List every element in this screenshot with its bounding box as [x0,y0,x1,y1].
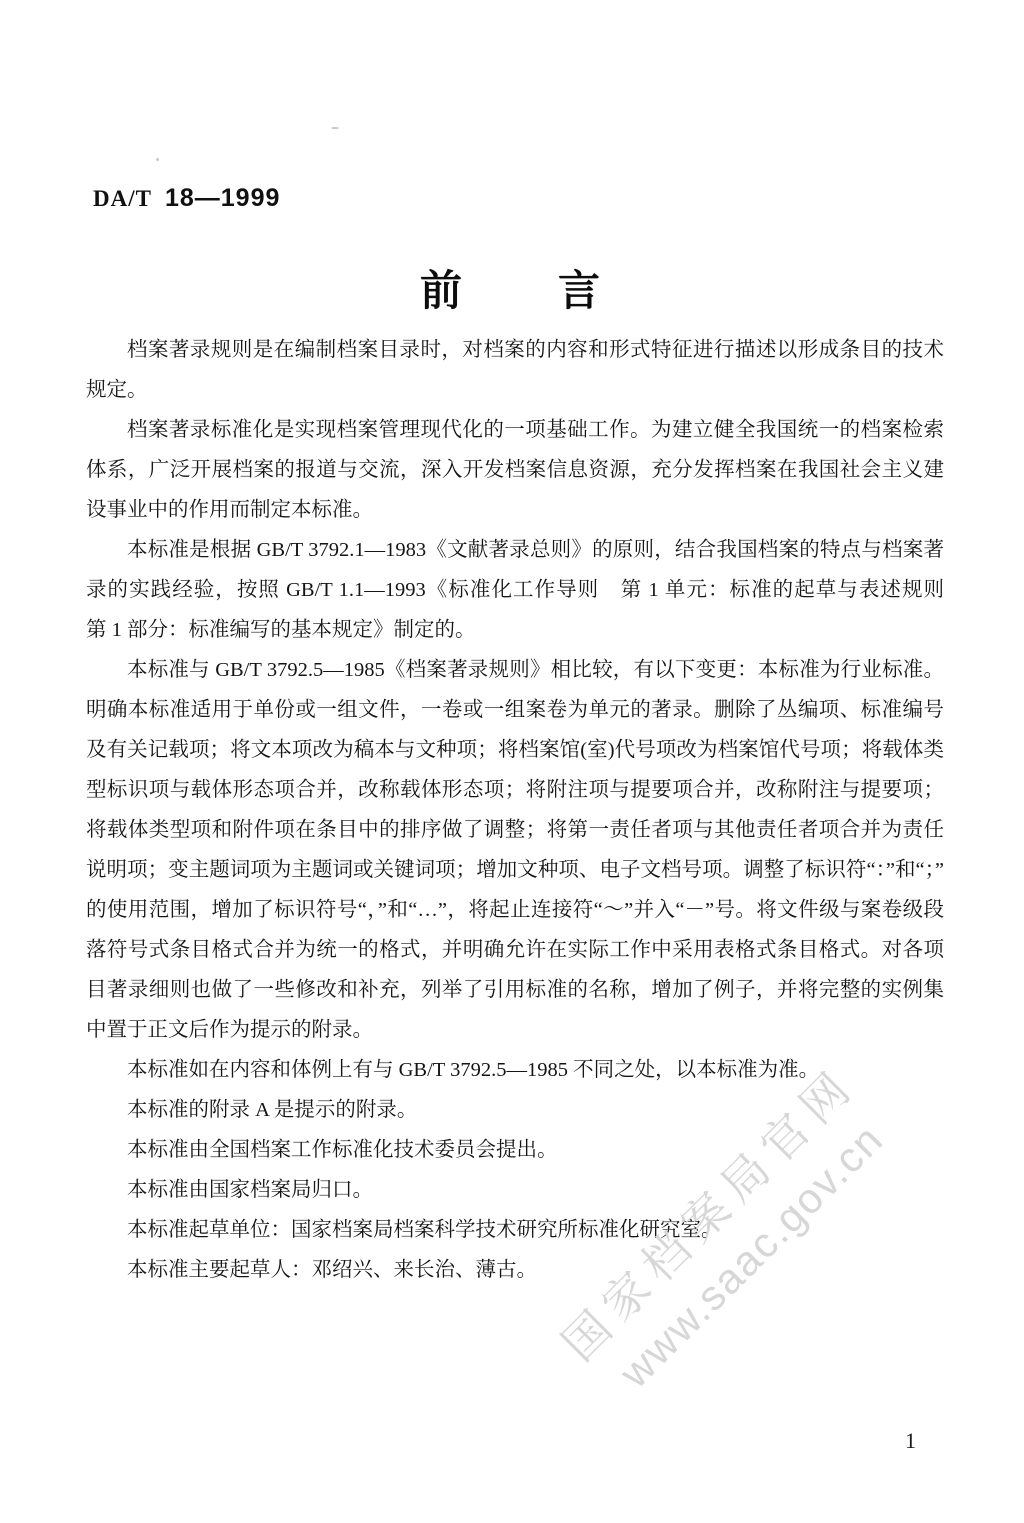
paragraph: 本标准由国家档案局归口。 [86,1170,944,1210]
paragraph: 本标准起草单位：国家档案局档案科学技术研究所标准化研究室。 [86,1210,944,1250]
paragraph: 档案著录标准化是实现档案管理现代化的一项基础工作。为建立健全我国统一的档案检索体… [86,410,944,530]
foreword-body: 档案著录规则是在编制档案目录时，对档案的内容和形式特征进行描述以形成条目的技术规… [86,330,944,1290]
paragraph: 本标准如在内容和体例上有与 GB/T 3792.5—1985 不同之处，以本标准… [86,1050,944,1090]
page-number: 1 [905,1428,916,1454]
scan-artifact [156,158,159,161]
paragraph: 本标准主要起草人：邓绍兴、来长治、薄古。 [86,1250,944,1290]
document-page: DA/T 18—1999 前 言 档案著录规则是在编制档案目录时，对档案的内容和… [0,0,1024,1523]
paragraph: 本标准是根据 GB/T 3792.1—1983《文献著录总则》的原则，结合我国档… [86,530,944,650]
paragraph: 档案著录规则是在编制档案目录时，对档案的内容和形式特征进行描述以形成条目的技术规… [86,330,944,410]
paragraph: 本标准的附录 A 是提示的附录。 [86,1090,944,1130]
paragraph: 本标准由全国档案工作标准化技术委员会提出。 [86,1130,944,1170]
standard-number-header: DA/T 18—1999 [93,184,280,213]
standard-code: DA/T [93,186,152,211]
standard-number: 18—1999 [165,184,280,212]
page-title: 前 言 [0,258,1024,318]
paragraph: 本标准与 GB/T 3792.5—1985《档案著录规则》相比较，有以下变更：本… [86,650,944,1050]
scan-artifact [331,127,339,129]
